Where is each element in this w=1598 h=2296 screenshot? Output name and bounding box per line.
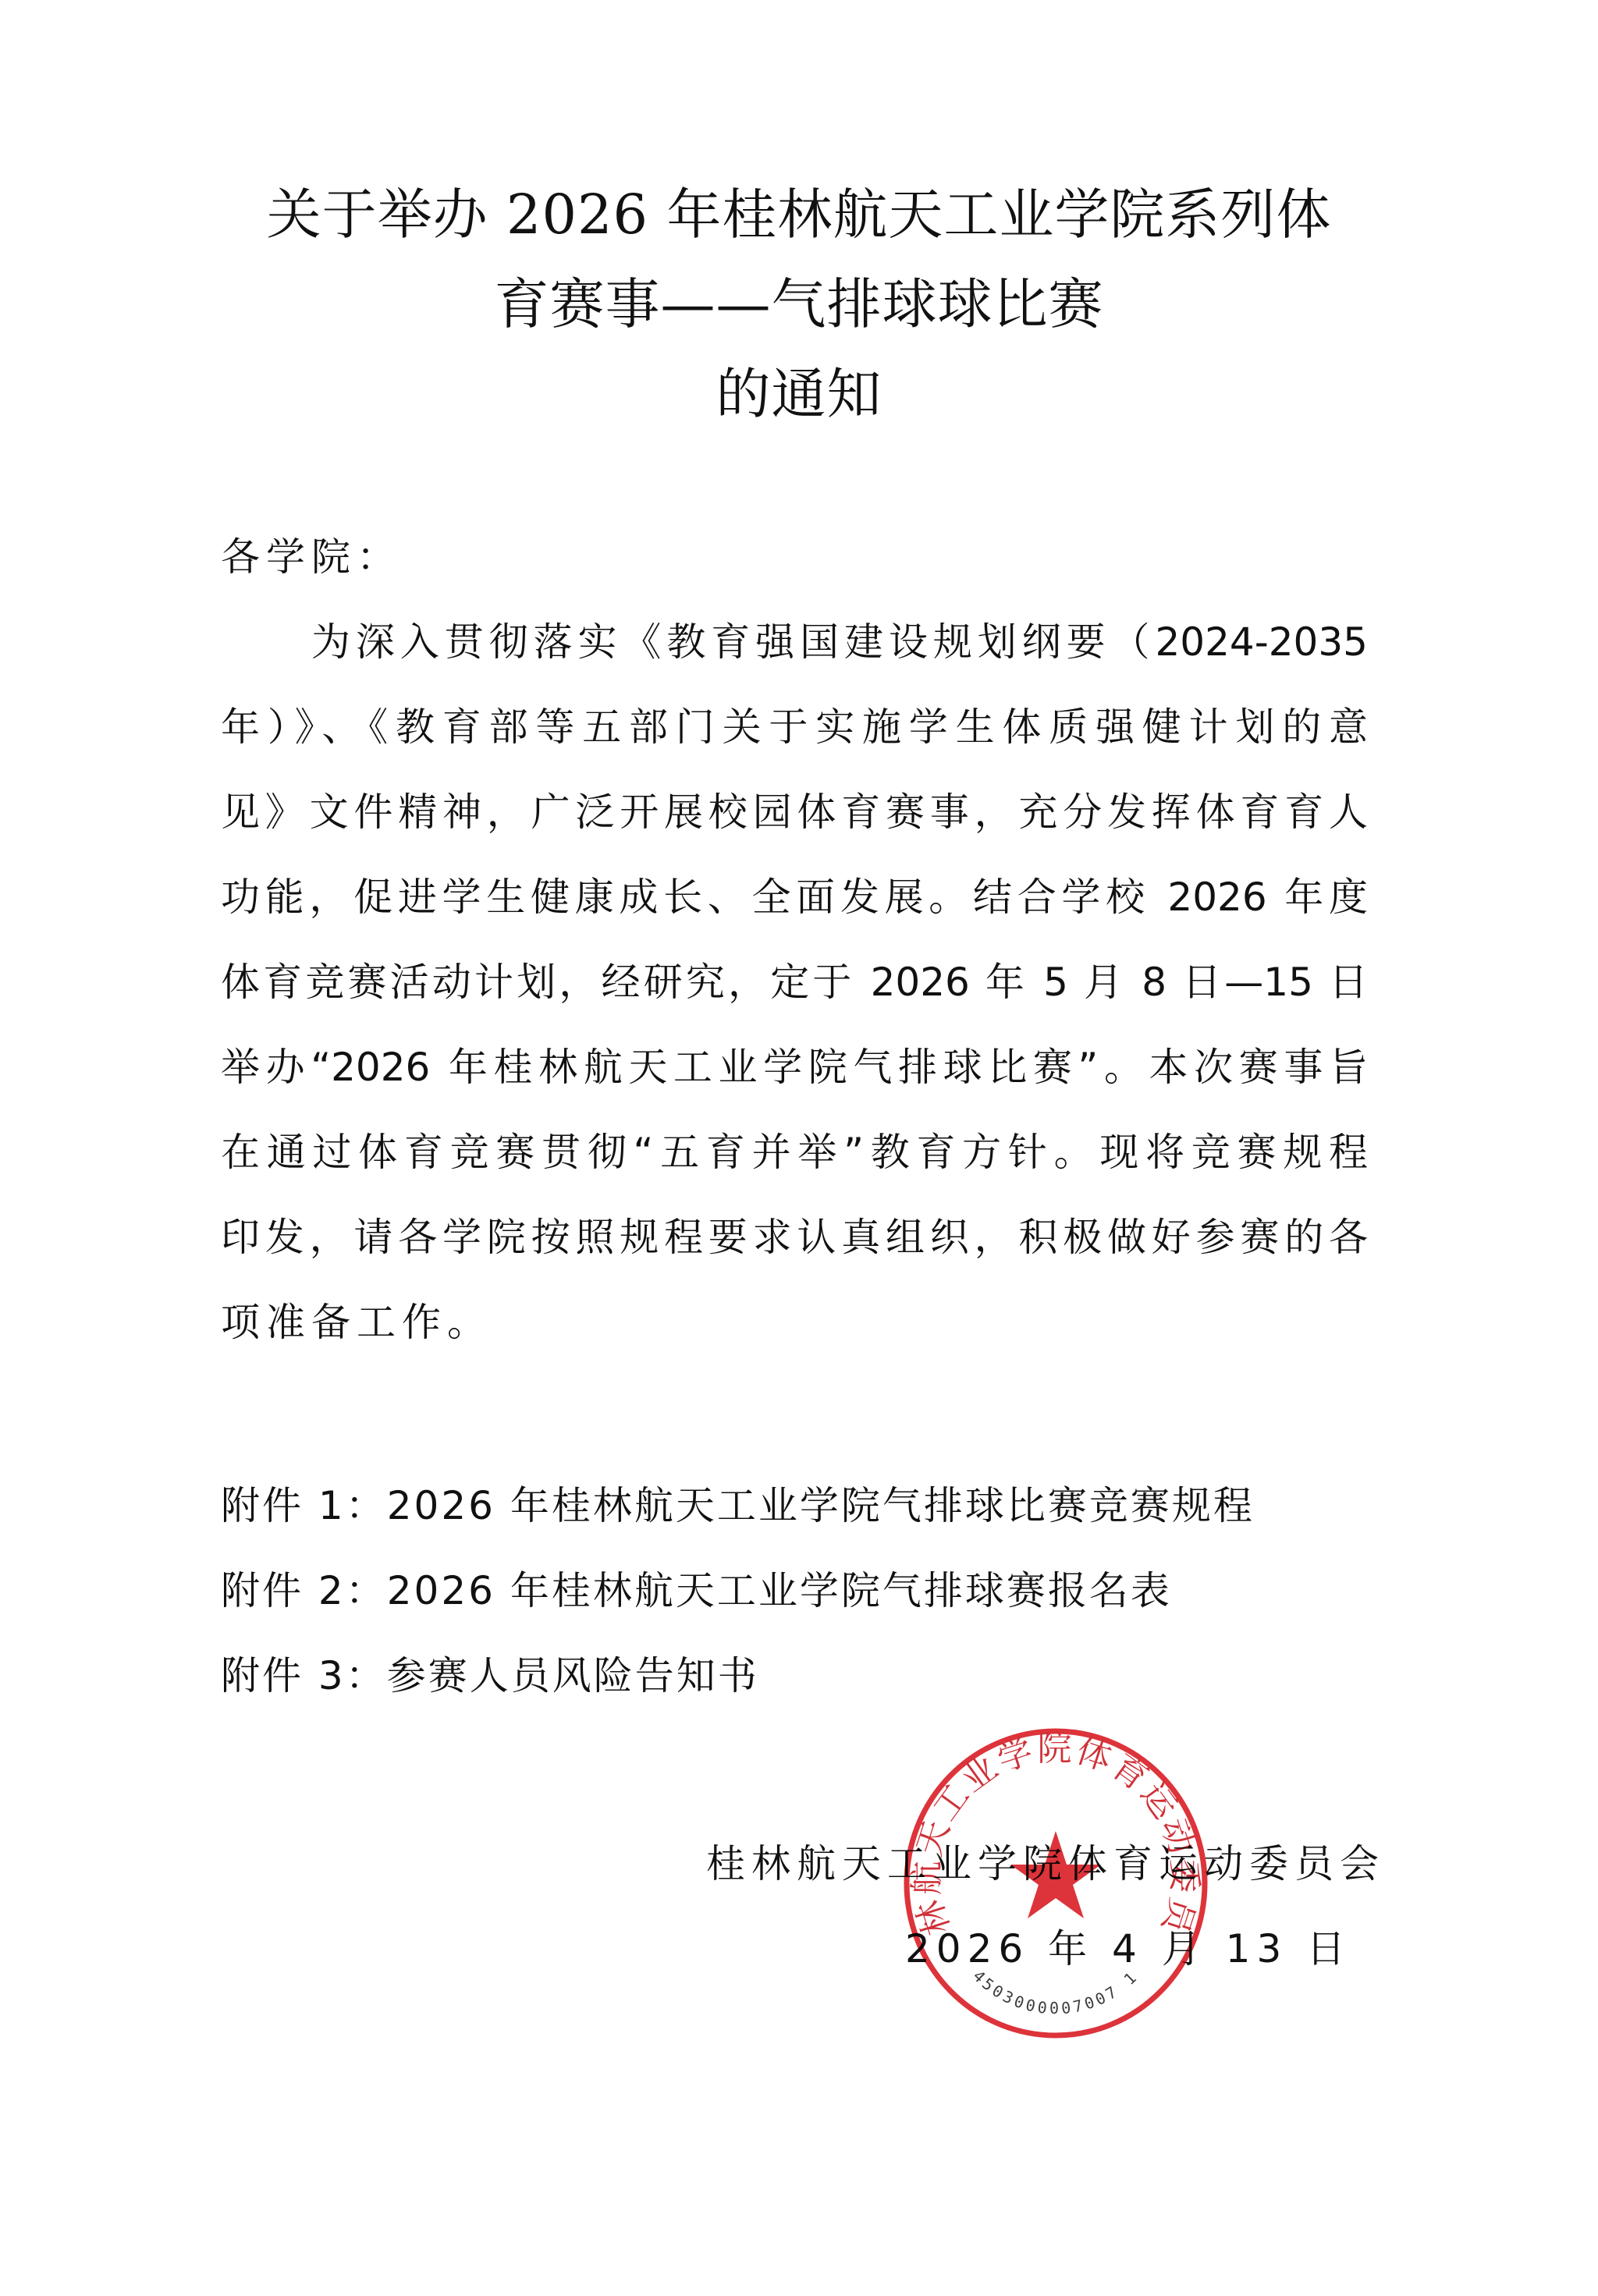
body-line: 见》文件精神，广泛开展校园体育赛事，充分发挥体育育人 — [221, 770, 1368, 855]
attachment-item: 附件 3：参赛人员风险告知书 — [221, 1634, 1255, 1719]
body-paragraph: 为深入贯彻落实《教育强国建设规划纲要（2024-2035 年）》、《教育部等五部… — [221, 600, 1368, 1365]
title-line: 关于举办 2026 年桂林航天工业学院系列体 — [0, 170, 1598, 260]
salutation: 各学院： — [221, 515, 402, 600]
attachment-item: 附件 1：2026 年桂林航天工业学院气排球比赛竞赛规程 — [221, 1464, 1255, 1549]
body-line: 项准备工作。 — [221, 1280, 1368, 1365]
body-line: 在通过体育竞赛贯彻“五育并举”教育方针。现将竞赛规程 — [221, 1110, 1368, 1195]
body-line: 功能，促进学生健康成长、全面发展。结合学校 2026 年度 — [221, 855, 1368, 940]
title-line: 的通知 — [0, 350, 1598, 439]
body-line: 举办“2026 年桂林航天工业学院气排球比赛”。本次赛事旨 — [221, 1025, 1368, 1110]
body-line: 为深入贯彻落实《教育强国建设规划纲要（2024-2035 — [221, 600, 1368, 685]
signature-organization: 桂林航天工业学院体育运动委员会 — [706, 1822, 1385, 1907]
attachment-item: 附件 2：2026 年桂林航天工业学院气排球赛报名表 — [221, 1549, 1255, 1634]
document-title: 关于举办 2026 年桂林航天工业学院系列体 育赛事——气排球球比赛 的通知 — [0, 170, 1598, 439]
document-page: 关于举办 2026 年桂林航天工业学院系列体 育赛事——气排球球比赛 的通知 各… — [0, 0, 1598, 2296]
body-line: 年）》、《教育部等五部门关于实施学生体质强健计划的意 — [221, 685, 1368, 770]
body-line: 印发，请各学院按照规程要求认真组织，积极做好参赛的各 — [221, 1195, 1368, 1280]
issue-date: 2026 年 4 月 13 日 — [905, 1907, 1351, 1992]
attachment-list: 附件 1：2026 年桂林航天工业学院气排球比赛竞赛规程 附件 2：2026 年… — [221, 1464, 1255, 1719]
title-line: 育赛事——气排球球比赛 — [0, 260, 1598, 350]
body-line: 体育竞赛活动计划，经研究，定于 2026 年 5 月 8 日—15 日 — [221, 940, 1368, 1025]
